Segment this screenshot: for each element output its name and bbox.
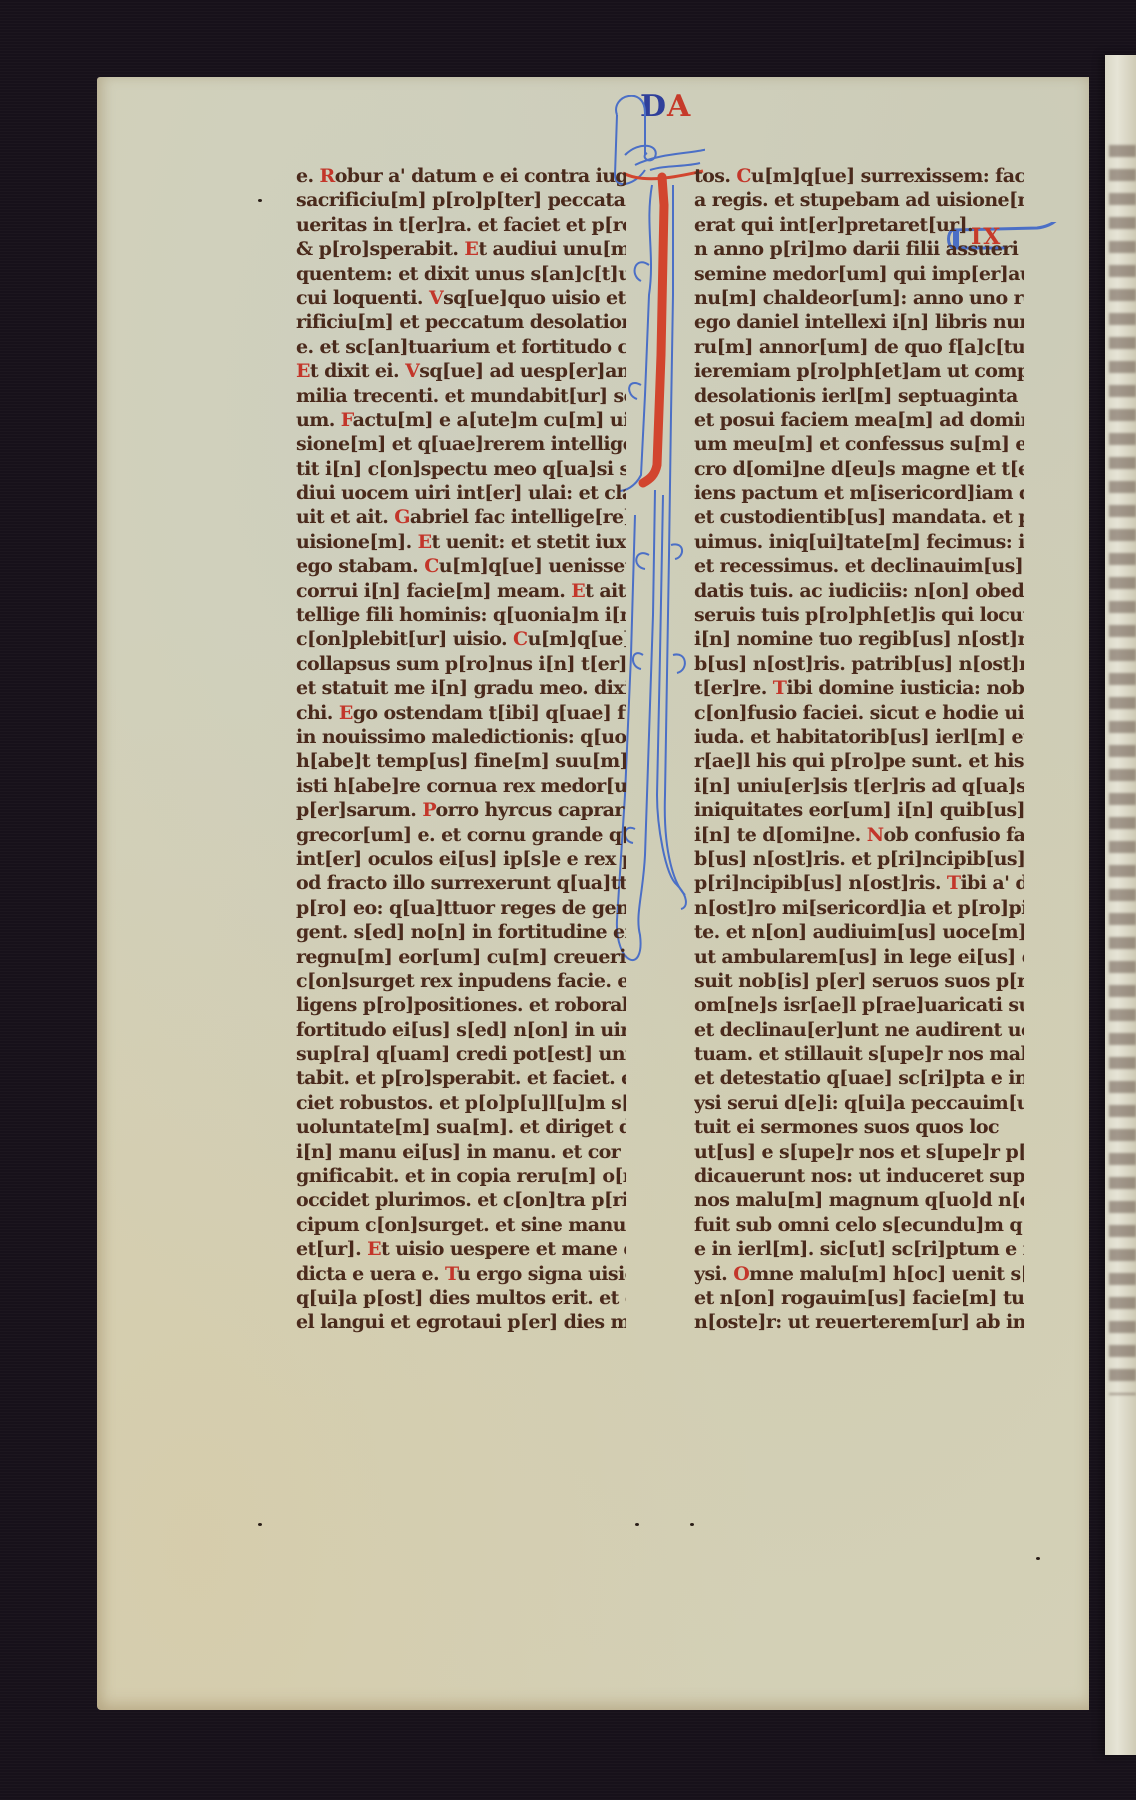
text-line: el langui et egrotaui p[er] dies mu: [296, 1310, 626, 1334]
text-line: ru[m] annor[um] de quo f[a]c[tu]s e serm…: [694, 335, 1024, 359]
pricking-mark: [690, 1523, 694, 1526]
text-run: uisione[m].: [296, 531, 418, 553]
text-run: ciet robustos. et p[o]p[u]l[u]m s[an]c[t…: [296, 1092, 626, 1114]
text-line: quentem: et dixit unus s[an]c[t]us alt[e…: [296, 262, 626, 286]
text-run: et declinau[er]unt ne audirent uoce[m]: [694, 1019, 1024, 1041]
text-run: n[ost]ro mi[sericord]ia et p[ro]piciatio…: [694, 897, 1024, 919]
show-through-text: [1109, 145, 1136, 1395]
text-run: u[m]q[ue] loq[ue]ret[ur] ad me: [528, 628, 626, 650]
text-line: uimus. iniq[ui]tate[m] fecimus: impie ge…: [694, 530, 1024, 554]
text-run: te. et n[on] audiuim[us] uoce[m] d[omi]n…: [694, 921, 1024, 943]
text-run: um.: [296, 409, 341, 431]
text-line: om[ne]s isr[ae]l p[rae]uaricati sunt leg…: [694, 993, 1024, 1017]
text-run: b[us] n[ost]ris. patrib[us] n[ost]ris. o…: [694, 653, 1024, 675]
text-line: gnificabit. et in copia reru[m] o[mn]ium: [296, 1164, 626, 1188]
text-line: tuam. et stillauit s[upe]r nos maledic[t…: [694, 1042, 1024, 1066]
text-line: i[n] uniu[er]sis t[er]ris ad q[ua]s eiec…: [694, 774, 1024, 798]
text-run: p[ri]ncipib[us] n[ost]ris.: [694, 872, 947, 894]
text-line: ego stabam. Cu[m]q[ue] uenisset: pauens: [296, 554, 626, 578]
text-line: c[on]surget rex inpudens facie. et int[e…: [296, 969, 626, 993]
text-run: t[er]re.: [694, 677, 773, 699]
text-line: tit i[n] c[on]spectu meo q[ua]si species…: [296, 457, 626, 481]
text-run: nu[m] chaldeor[um]: anno uno regni eius: [694, 287, 1024, 309]
rubricated-letter: O: [733, 1263, 749, 1285]
text-run: sione[m] et q[uae]rerem intelligentia[m]…: [296, 433, 626, 455]
text-run: iens pactum et m[isericord]iam diligenti…: [694, 482, 1024, 504]
text-line: semine medor[um] qui imp[er]auit s[upe]r…: [694, 262, 1024, 286]
text-line: datis tuis. ac iudiciis: n[on] obediuim[…: [694, 579, 1024, 603]
text-line: cipum c[on]surget. et sine manu c[on]t[e…: [296, 1213, 626, 1237]
text-line: n[oste]r: ut reuerterem[ur] ab iniquitat…: [694, 1310, 1024, 1334]
rubricated-letter: E: [418, 531, 432, 553]
text-line: uit et ait. Gabriel fac intellige[re] is…: [296, 505, 626, 529]
text-run: nos malu[m] magnum q[uo]d n[on] q[ua]m: [694, 1189, 1024, 1211]
text-line: ysi. Omne malu[m] h[oc] uenit s[upe]r no…: [694, 1262, 1024, 1286]
text-run: h[abe]t temp[us] fine[m] suu[m].: [296, 750, 626, 772]
text-line: suit nob[is] p[er] seruos suos p[ro]ph[e…: [694, 969, 1024, 993]
text-run: c[on]surget rex inpudens facie. et int[e…: [296, 970, 626, 992]
text-line: i[n] te d[omi]ne. Nob confusio faciei. r…: [694, 823, 1024, 847]
text-run: sup[ra] q[uam] credi pot[est] uniu[er]sa…: [296, 1043, 626, 1065]
text-line: et detestatio q[uae] sc[ri]pta e in libr…: [694, 1066, 1024, 1090]
rubricated-letter: T: [947, 872, 961, 894]
text-line: e in ierl[m]. sic[ut] sc[ri]ptum e i[n] …: [694, 1237, 1024, 1261]
text-run: semine medor[um] qui imp[er]auit s[upe]r…: [694, 263, 1024, 285]
text-line: in nouissimo maledictionis: q[uonia]m: [296, 725, 626, 749]
text-run: ob confusio faciei. regi: [883, 824, 1024, 846]
text-run: actu[m] e a[ute]m cu[m] uiderem ego dani…: [353, 409, 626, 431]
text-line: nu[m] chaldeor[um]: anno uno regni eius: [694, 286, 1024, 310]
text-line: r[ae]l his qui p[ro]pe sunt. et his qui …: [694, 749, 1024, 773]
text-run: t uisio uespere et mane q[uae]: [381, 1238, 626, 1260]
text-run: u ergo signa uisione[m]: [457, 1263, 626, 1285]
text-run: chi.: [296, 702, 339, 724]
text-run: tabit. et p[ro]sperabit. et faciet. et i…: [296, 1067, 626, 1089]
text-line: et recessimus. et declinauim[us] a man: [694, 554, 1024, 578]
text-run: regnu[m] eor[um] cu[m] creuerint iniquit…: [296, 946, 626, 968]
text-run: i[n] manu ei[us] in manu. et cor suu[m] …: [296, 1141, 626, 1163]
text-run: a regis. et stupebam ad uisione[m] et no: [694, 189, 1024, 211]
text-run: r[ae]l his qui p[ro]pe sunt. et his qui …: [694, 750, 1024, 772]
text-line: iniquitates eor[um] i[n] quib[us] peccau…: [694, 798, 1024, 822]
text-line: uisione[m]. Et uenit: et stetit iuxta u[…: [296, 530, 626, 554]
text-line: isti h[abe]re cornua rex medor[um] e atq…: [296, 774, 626, 798]
rubricated-letter: V: [405, 360, 419, 382]
rubricated-letter: E: [296, 360, 310, 382]
text-line: fuit sub omni celo s[ecundu]m q[uo]d fa[…: [694, 1213, 1024, 1237]
rubricated-letter: C: [513, 628, 528, 650]
text-run: p[er]sarum.: [296, 799, 422, 821]
text-line: q[ui]a p[ost] dies multos erit. et ego d…: [296, 1286, 626, 1310]
text-line: ysi serui d[e]i: q[ui]a peccauim[us] ei.…: [694, 1091, 1024, 1115]
text-run: ego daniel intellexi i[n] libris nume: [694, 311, 1024, 333]
text-run: t dixit ei.: [310, 360, 405, 382]
text-line: et n[on] rogauim[us] facie[m] tua[m] d[o…: [694, 1286, 1024, 1310]
text-line: nos malu[m] magnum q[uo]d n[on] q[ua]m: [694, 1188, 1024, 1212]
speck: [1036, 1557, 1040, 1560]
text-run: tellige fili hominis: q[uonia]m i[n] t[e…: [296, 604, 626, 626]
text-run: q[ui]a p[ost] dies multos erit. et ego d…: [296, 1287, 626, 1309]
text-run: ego stabam.: [296, 555, 424, 577]
text-run: i[n] nomine tuo regib[us] n[ost]ris p[ri…: [694, 628, 1024, 650]
text-run: c[on]plebit[ur] uisio.: [296, 628, 513, 650]
text-run: quentem: et dixit unus s[an]c[t]us alt[e…: [296, 263, 626, 285]
text-run: ysi serui d[e]i: q[ui]a peccauim[us] ei.…: [694, 1092, 1024, 1114]
text-run: ru[m] annor[um] de quo f[a]c[tu]s e serm…: [694, 336, 1024, 358]
text-run: b[us] n[ost]ris. et p[ri]ncipib[us] n[os…: [694, 848, 1024, 870]
text-line: c[on]fusio faciei. sicut e hodie uiro: [694, 701, 1024, 725]
text-line: ueritas in t[er]ra. et faciet et p[ro]sp…: [296, 213, 626, 237]
text-line: um meu[m] et confessus su[m] et dixi. Ob…: [694, 432, 1024, 456]
text-run: od fracto illo surrexerunt q[ua]ttuor: [296, 872, 626, 894]
text-run: seruis tuis p[ro]ph[et]is qui locuti s[u…: [694, 604, 1024, 626]
text-line: dicta e uera e. Tu ergo signa uisione[m]: [296, 1262, 626, 1286]
text-run: corrui i[n] facie[m] meam.: [296, 580, 571, 602]
text-run: iuda. et habitatorib[us] ierl[m] et omni…: [694, 726, 1024, 748]
text-run: sacrificiu[m] p[ro]p[ter] peccata. et p[…: [296, 189, 626, 211]
text-run: go ostendam t[ibi] q[uae] futura sint: [353, 702, 626, 724]
text-line: n[ost]ro mi[sericord]ia et p[ro]piciatio…: [694, 896, 1024, 920]
text-line: c[on]plebit[ur] uisio. Cu[m]q[ue] loq[ue…: [296, 627, 626, 651]
text-run: erat qui int[er]pretaret[ur].: [694, 214, 973, 236]
text-line: t[er]re. Tibi domine iusticia: nob[is] a…: [694, 676, 1024, 700]
text-run: sq[ue]quo uisio et iuge sac: [443, 287, 626, 309]
text-run: dicauerunt nos: ut induceret sup[er]: [694, 1165, 1024, 1187]
rubricated-letter: C: [424, 555, 439, 577]
text-line: et custodientib[us] mandata. et pecca: [694, 505, 1024, 529]
text-run: orro hyrcus caprar[um] rex: [436, 799, 626, 821]
text-line: ut[us] e s[upe]r nos et s[upe]r p[ri]nci…: [694, 1140, 1024, 1164]
rubricated-letter: C: [736, 165, 751, 187]
text-line: rificiu[m] et peccatum desolationis que …: [296, 310, 626, 334]
text-run: t uenit: et stetit iuxta u[bi]: [432, 531, 626, 553]
text-run: n anno p[ri]mo darii filii assueri de: [694, 238, 1024, 260]
text-run: in nouissimo maledictionis: q[uonia]m: [296, 726, 626, 748]
text-run: ut ambularem[us] in lege ei[us] q[ua]m p…: [694, 946, 1024, 968]
text-line: ligens p[ro]positiones. et roborabit[ur]: [296, 993, 626, 1017]
text-line: regnu[m] eor[um] cu[m] creuerint iniquit…: [296, 945, 626, 969]
text-run: el langui et egrotaui p[er] dies mu: [296, 1311, 626, 1333]
text-line: corrui i[n] facie[m] meam. Et ait ad me.…: [296, 579, 626, 603]
left-text-column: e. Robur a' datum e ei contra iugesacrif…: [296, 164, 626, 1335]
text-line: sup[ra] q[uam] credi pot[est] uniu[er]sa…: [296, 1042, 626, 1066]
text-line: fortitudo ei[us] s[ed] n[on] in uirib[us…: [296, 1018, 626, 1042]
text-line: ego daniel intellexi i[n] libris nume: [694, 310, 1024, 334]
text-run: occidet plurimos. et c[on]tra p[ri]ncipe…: [296, 1189, 626, 1211]
text-line: iens pactum et m[isericord]iam diligenti…: [694, 481, 1024, 505]
text-run: p[ro] eo: q[ua]ttuor reges de gente ei[u…: [296, 897, 626, 919]
text-run: e.: [296, 165, 320, 187]
text-line: tuit ei sermones suos quos loc: [694, 1115, 1024, 1139]
text-line: p[ro] eo: q[ua]ttuor reges de gente ei[u…: [296, 896, 626, 920]
text-run: et posui faciem mea[m] ad dominu[m] de: [694, 409, 1024, 431]
text-line: um. Factu[m] e a[ute]m cu[m] uiderem ego…: [296, 408, 626, 432]
text-run: desolationis ierl[m] septuaginta anni: [694, 385, 1024, 407]
text-run: c[on]fusio faciei. sicut e hodie uiro: [694, 702, 1024, 724]
text-line: p[er]sarum. Porro hyrcus caprar[um] rex: [296, 798, 626, 822]
text-run: gent. s[ed] no[n] in fortitudine ei[us].: [296, 921, 626, 943]
text-run: et[ur].: [296, 1238, 367, 1260]
text-line: e. et sc[an]tuarium et fortitudo conculc…: [296, 335, 626, 359]
pricking-mark: [258, 1523, 262, 1526]
rubricated-letter: G: [394, 506, 410, 528]
text-line: i[n] manu ei[us] in manu. et cor suu[m] …: [296, 1140, 626, 1164]
text-run: et recessimus. et declinauim[us] a man: [694, 555, 1024, 577]
text-line: te. et n[on] audiuim[us] uoce[m] d[omi]n…: [694, 920, 1024, 944]
text-run: u[m]q[ue] surrexissem: faciebam op: [751, 165, 1024, 187]
text-run: cro d[omi]ne d[eu]s magne et t[er]ribili…: [694, 458, 1024, 480]
text-run: tos.: [694, 165, 736, 187]
text-run: om[ne]s isr[ae]l p[rae]uaricati sunt leg…: [694, 994, 1024, 1016]
rubricated-letter: F: [341, 409, 353, 431]
text-line: occidet plurimos. et c[on]tra p[ri]ncipe…: [296, 1188, 626, 1212]
text-run: cui loquenti.: [296, 287, 429, 309]
text-run: milia trecenti. et mundabit[ur] scuari: [296, 385, 626, 407]
text-run: et n[on] rogauim[us] facie[m] tua[m] d[o…: [694, 1287, 1024, 1309]
text-line: milia trecenti. et mundabit[ur] scuari: [296, 384, 626, 408]
text-run: fuit sub omni celo s[ecundu]m q[uo]d fa[…: [694, 1214, 1024, 1236]
text-line: gent. s[ed] no[n] in fortitudine ei[us].…: [296, 920, 626, 944]
text-run: fortitudo ei[us] s[ed] n[on] in uirib[us…: [296, 1019, 626, 1041]
text-run: um meu[m] et confessus su[m] et dixi.: [694, 433, 1024, 455]
rubricated-letter: R: [320, 165, 335, 187]
text-line: cui loquenti. Vsq[ue]quo uisio et iuge s…: [296, 286, 626, 310]
text-run: i[n] uniu[er]sis t[er]ris ad q[ua]s eiec…: [694, 775, 1024, 797]
text-run: ueritas in t[er]ra. et faciet et p[ro]sp…: [296, 214, 626, 236]
rubricated-letter: P: [422, 799, 435, 821]
text-run: ysi.: [694, 1263, 733, 1285]
text-line: et statuit me i[n] gradu meo. dixitq[ue]…: [296, 676, 626, 700]
text-line: et declinau[er]unt ne audirent uoce[m]: [694, 1018, 1024, 1042]
text-run: datis tuis. ac iudiciis: n[on] obediuim[…: [694, 580, 1024, 602]
text-run: e. et sc[an]tuarium et fortitudo conculc…: [296, 336, 626, 358]
text-run: ibi domine iusticia: nob[is] au[tem]: [786, 677, 1024, 699]
rubricated-letter: E: [571, 580, 585, 602]
text-run: t audiui unu[m] de s[an]c[t]is lo: [478, 238, 626, 260]
text-run: iniquitates eor[um] i[n] quib[us] peccau…: [694, 799, 1024, 821]
text-line: b[us] n[ost]ris. et p[ri]ncipib[us] n[os…: [694, 847, 1024, 871]
text-run: ut[us] e s[upe]r nos et s[upe]r p[ri]nci…: [694, 1141, 1024, 1163]
text-line: b[us] n[ost]ris. patrib[us] n[ost]ris. o…: [694, 652, 1024, 676]
text-line: tellige fili hominis: q[uonia]m i[n] t[e…: [296, 603, 626, 627]
rubricated-letter: N: [867, 824, 884, 846]
rubricated-letter: T: [445, 1263, 457, 1285]
text-run: cipum c[on]surget. et sine manu c[on]t[e…: [296, 1214, 626, 1236]
text-line: et[ur]. Et uisio uespere et mane q[uae]: [296, 1237, 626, 1261]
rubricated-letter: V: [429, 287, 443, 309]
text-line: desolationis ierl[m] septuaginta anni: [694, 384, 1024, 408]
text-run: tuam. et stillauit s[upe]r nos maledic[t…: [694, 1043, 1024, 1065]
text-line: tos. Cu[m]q[ue] surrexissem: faciebam op: [694, 164, 1024, 188]
text-line: collapsus sum p[ro]nus i[n] t[er]ram et …: [296, 652, 626, 676]
text-run: et detestatio q[uae] sc[ri]pta e in libr…: [694, 1067, 1024, 1089]
text-line: tabit. et p[ro]sperabit. et faciet. et i…: [296, 1066, 626, 1090]
text-line: a regis. et stupebam ad uisione[m] et no: [694, 188, 1024, 212]
text-run: uimus. iniq[ui]tate[m] fecimus: impie ge…: [694, 531, 1024, 553]
text-run: & p[ro]sperabit.: [296, 238, 464, 260]
text-run: ligens p[ro]positiones. et roborabit[ur]: [296, 994, 626, 1016]
text-line: et posui faciem mea[m] ad dominu[m] de: [694, 408, 1024, 432]
text-line: iuda. et habitatorib[us] ierl[m] et omni…: [694, 725, 1024, 749]
text-line: ieremiam p[ro]ph[et]am ut complerent[ur]: [694, 359, 1024, 383]
text-line: dicauerunt nos: ut induceret sup[er]: [694, 1164, 1024, 1188]
text-run: ibi a' domino d[e]o: [960, 872, 1024, 894]
rubricated-letter: E: [464, 238, 478, 260]
text-line: sacrificiu[m] p[ro]p[ter] peccata. et p[…: [296, 188, 626, 212]
text-run: tuit ei sermones suos quos loc: [694, 1116, 999, 1138]
text-line: Et dixit ei. Vsq[ue] ad uesp[er]am et ma…: [296, 359, 626, 383]
text-run: i[n] te d[omi]ne.: [694, 824, 867, 846]
text-line: & p[ro]sperabit. Et audiui unu[m] de s[a…: [296, 237, 626, 261]
text-line: erat qui int[er]pretaret[ur].: [694, 213, 1024, 237]
text-run: obur a' datum e ei contra iuge: [335, 165, 626, 187]
text-line: int[er] oculos ei[us] ip[s]e e rex p[ri]…: [296, 847, 626, 871]
text-run: mne malu[m] h[oc] uenit s[upe]r nos: [749, 1263, 1024, 1285]
text-line: uoluntate[m] sua[m]. et diriget dolus: [296, 1115, 626, 1139]
text-line: seruis tuis p[ro]ph[et]is qui locuti s[u…: [694, 603, 1024, 627]
text-line: ciet robustos. et p[o]p[u]l[u]m s[an]c[t…: [296, 1091, 626, 1115]
pricking-mark: [635, 1523, 639, 1526]
text-line: cro d[omi]ne d[eu]s magne et t[er]ribili…: [694, 457, 1024, 481]
text-run: uoluntate[m] sua[m]. et diriget dolus: [296, 1116, 626, 1138]
text-run: tit i[n] c[on]spectu meo q[ua]si species…: [296, 458, 626, 480]
text-run: uit et ait.: [296, 506, 394, 528]
right-text-column: tos. Cu[m]q[ue] surrexissem: faciebam op…: [694, 164, 1024, 1335]
text-line: i[n] nomine tuo regib[us] n[ost]ris p[ri…: [694, 627, 1024, 651]
text-line: e. Robur a' datum e ei contra iuge: [296, 164, 626, 188]
rubricated-letter: E: [367, 1238, 381, 1260]
speck: [258, 199, 262, 202]
text-run: suit nob[is] p[er] seruos suos p[ro]ph[e…: [694, 970, 1024, 992]
text-line: n anno p[ri]mo darii filii assueri de: [694, 237, 1024, 261]
text-line: od fracto illo surrexerunt q[ua]ttuor: [296, 871, 626, 895]
text-run: gnificabit. et in copia reru[m] o[mn]ium: [296, 1165, 626, 1187]
text-run: ieremiam p[ro]ph[et]am ut complerent[ur]: [694, 360, 1024, 382]
text-run: abriel fac intellige[re] ista: [410, 506, 626, 528]
text-line: p[ri]ncipib[us] n[ost]ris. Tibi a' domin…: [694, 871, 1024, 895]
rubricated-letter: E: [339, 702, 353, 724]
text-line: sione[m] et q[uae]rerem intelligentia[m]…: [296, 432, 626, 456]
text-run: isti h[abe]re cornua rex medor[um] e atq…: [296, 775, 626, 797]
text-run: u[m]q[ue] uenisset: pauens: [439, 555, 626, 577]
text-line: ut ambularem[us] in lege ei[us] q[ua]m p…: [694, 945, 1024, 969]
text-run: dicta e uera e.: [296, 1263, 445, 1285]
next-leaf-edge: [1105, 55, 1136, 1755]
text-run: grecor[um] e. et cornu grande q[uo]d era…: [296, 824, 626, 846]
text-run: sq[ue] ad uesp[er]am et mane. du: [419, 360, 626, 382]
text-run: t ait ad me.: [585, 580, 626, 602]
text-run: diui uocem uiri int[er] ulai: et clama: [296, 482, 626, 504]
text-run: rificiu[m] et peccatum desolationis que …: [296, 311, 626, 333]
text-line: diui uocem uiri int[er] ulai: et clama: [296, 481, 626, 505]
text-run: n[oste]r: ut reuerterem[ur] ab iniquitat…: [694, 1311, 1024, 1333]
rubricated-letter: T: [773, 677, 787, 699]
text-line: h[abe]t temp[us] fine[m] suu[m]. Aries q…: [296, 749, 626, 773]
text-run: et statuit me i[n] gradu meo. dixitq[ue]…: [296, 677, 626, 699]
text-run: collapsus sum p[ro]nus i[n] t[er]ram et …: [296, 653, 626, 675]
text-run: et custodientib[us] mandata. et pecca: [694, 506, 1024, 528]
text-line: grecor[um] e. et cornu grande q[uo]d era…: [296, 823, 626, 847]
text-run: e in ierl[m]. sic[ut] sc[ri]ptum e i[n] …: [694, 1238, 1024, 1260]
text-line: chi. Ego ostendam t[ibi] q[uae] futura s…: [296, 701, 626, 725]
text-run: int[er] oculos ei[us] ip[s]e e rex p[ri]…: [296, 848, 626, 870]
